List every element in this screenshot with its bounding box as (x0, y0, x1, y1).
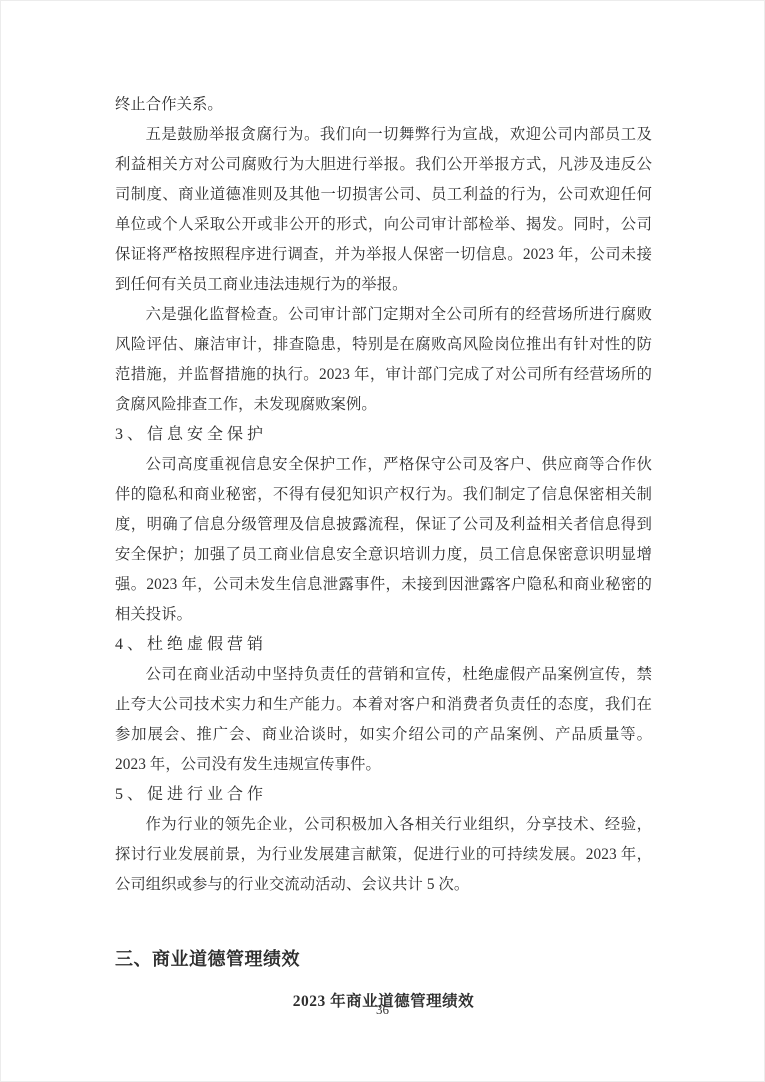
subsection-heading-info-security: 3、信息安全保护 (115, 420, 652, 450)
body-paragraph: 六是强化监督检查。公司审计部门定期对全公司所有的经营场所进行腐败风险评估、廉洁审… (115, 300, 652, 420)
subsection-heading-industry-cooperation: 5、促进行业合作 (115, 780, 652, 810)
section-heading: 三、商业道德管理绩效 (115, 944, 652, 974)
subsection-heading-no-false-marketing: 4、杜绝虚假营销 (115, 630, 652, 660)
body-paragraph: 公司高度重视信息安全保护工作，严格保守公司及客户、供应商等合作伙伴的隐私和商业秘… (115, 450, 652, 630)
document-body: 终止合作关系。 五是鼓励举报贪腐行为。我们向一切舞弊行为宣战，欢迎公司内部员工及… (115, 90, 652, 1013)
body-paragraph: 公司在商业活动中坚持负责任的营销和宣传，杜绝虚假产品案例宣传，禁止夸大公司技术实… (115, 660, 652, 780)
page-number: 36 (1, 1002, 764, 1018)
body-paragraph: 作为行业的领先企业，公司积极加入各相关行业组织，分享技术、经验，探讨行业发展前景… (115, 810, 652, 900)
body-paragraph: 五是鼓励举报贪腐行为。我们向一切舞弊行为宣战，欢迎公司内部员工及利益相关方对公司… (115, 120, 652, 300)
body-paragraph: 终止合作关系。 (115, 90, 652, 120)
document-page: 终止合作关系。 五是鼓励举报贪腐行为。我们向一切舞弊行为宣战，欢迎公司内部员工及… (0, 0, 765, 1082)
